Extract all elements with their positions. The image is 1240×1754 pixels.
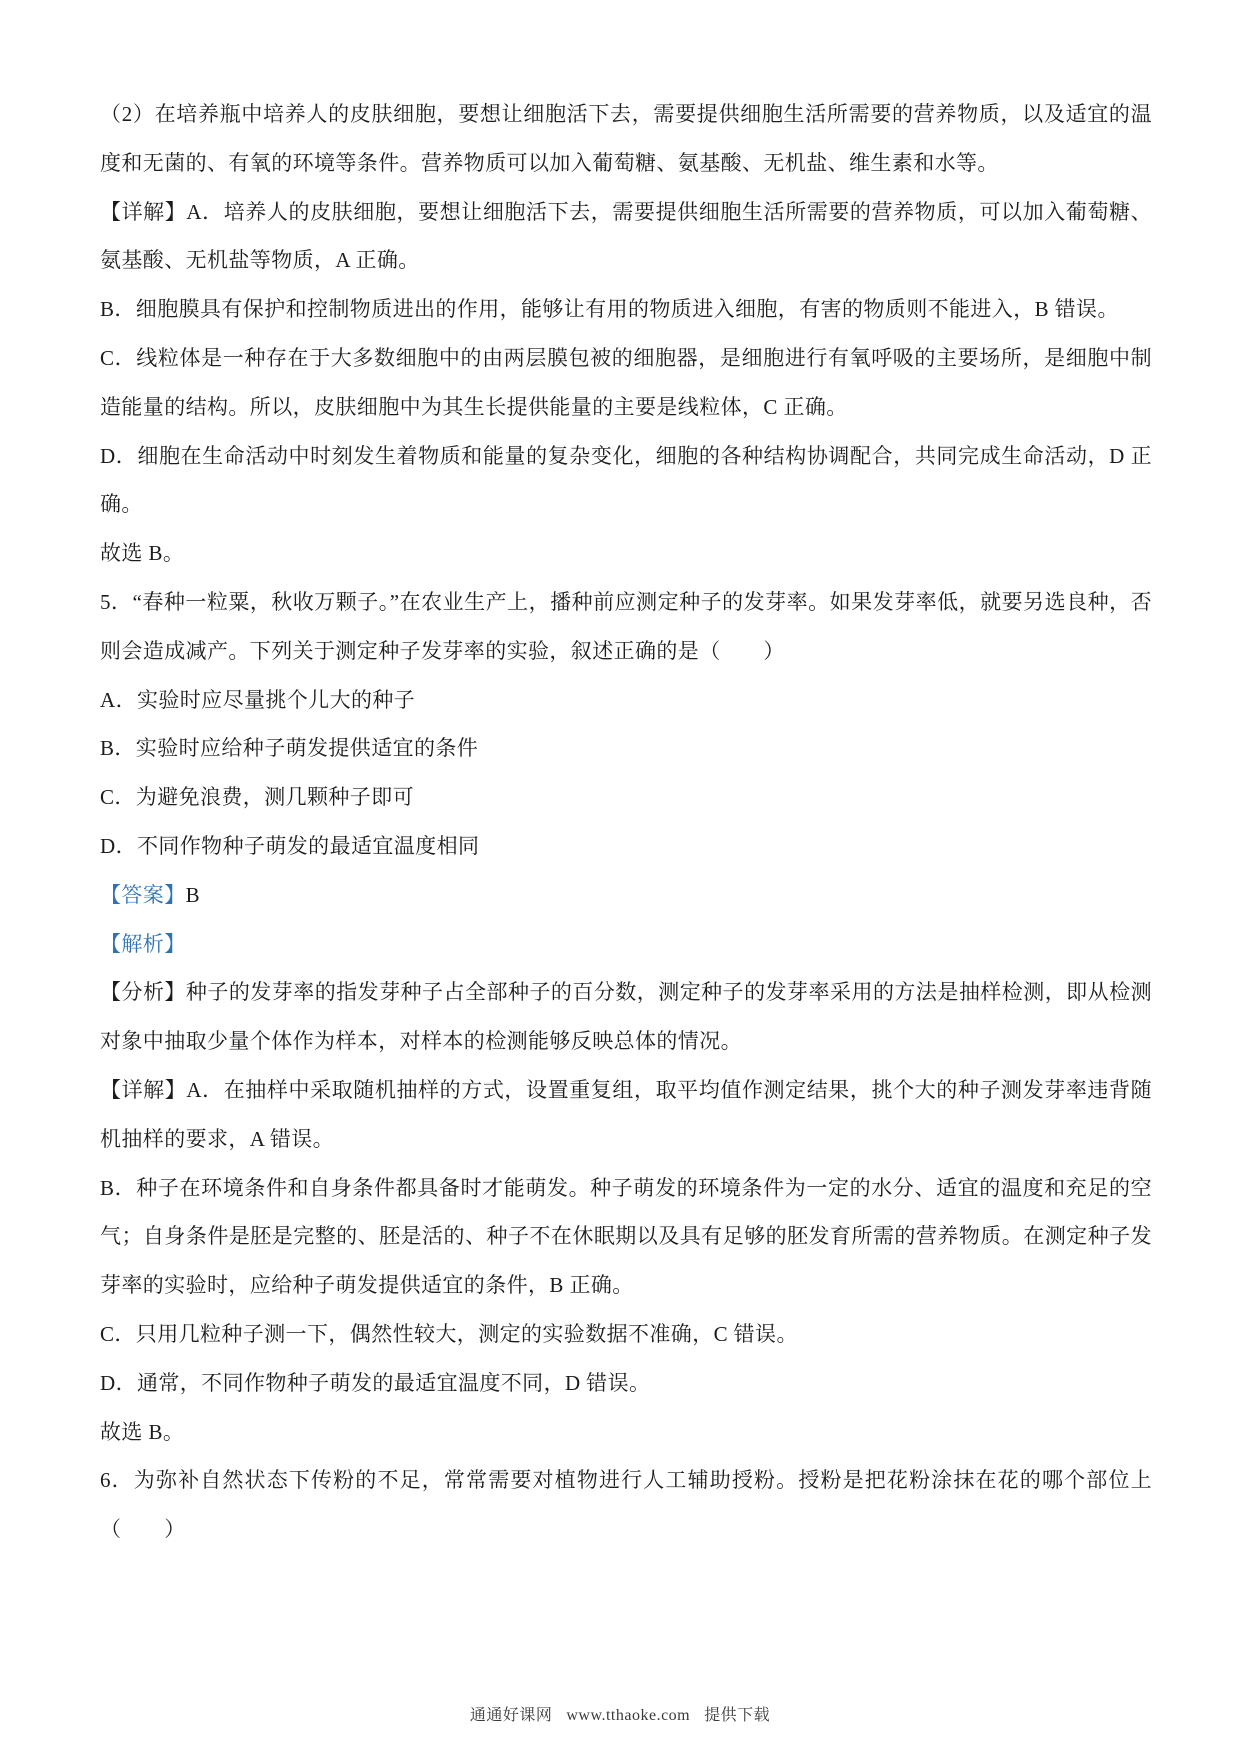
analysis-label: 【解析】	[100, 932, 186, 956]
paragraph-text: B．种子在环境条件和自身条件都具备时才能萌发。种子萌发的环境条件为一定的水分、适…	[100, 1176, 1152, 1298]
paragraph-q5-detail-c: C．只用几粒种子测一下，偶然性较大，测定的实验数据不准确，C 错误。	[100, 1310, 1152, 1359]
paragraph-q5-option-a: A．实验时应尽量挑个儿大的种子	[100, 676, 1152, 725]
paragraph-text: C．为避免浪费，测几颗种子即可	[100, 785, 414, 809]
paragraph-q5-detail-a: 【详解】A．在抽样中采取随机抽样的方式，设置重复组，取平均值作测定结果，挑个大的…	[100, 1066, 1152, 1164]
paragraph-text: 故选 B。	[100, 541, 184, 565]
paragraph-q5-detail-b: B．种子在环境条件和自身条件都具备时才能萌发。种子萌发的环境条件为一定的水分、适…	[100, 1164, 1152, 1310]
document-body: （2）在培养瓶中培养人的皮肤细胞，要想让细胞活下去，需要提供细胞生活所需要的营养…	[100, 90, 1152, 1554]
paragraph-text: 5．“春种一粒粟，秋收万颗子。”在农业生产上，播种前应测定种子的发芽率。如果发芽…	[100, 590, 1152, 663]
paragraph-q5-detail-d: D．通常，不同作物种子萌发的最适宜温度不同，D 错误。	[100, 1359, 1152, 1408]
paragraph-q5-option-c: C．为避免浪费，测几颗种子即可	[100, 773, 1152, 822]
paragraph-text: 【详解】A．培养人的皮肤细胞，要想让细胞活下去，需要提供细胞生活所需要的营养物质…	[100, 200, 1152, 273]
paragraph-q5-option-b: B．实验时应给种子萌发提供适宜的条件	[100, 724, 1152, 773]
paragraph-text: D．通常，不同作物种子萌发的最适宜温度不同，D 错误。	[100, 1371, 650, 1395]
paragraph-text: 故选 B。	[100, 1420, 184, 1444]
paragraph-text: B．实验时应给种子萌发提供适宜的条件	[100, 736, 478, 760]
paragraph-conclusion-q5: 故选 B。	[100, 1408, 1152, 1457]
paragraph-q5-answer: 【答案】B	[100, 871, 1152, 920]
paragraph-question-5: 5．“春种一粒粟，秋收万颗子。”在农业生产上，播种前应测定种子的发芽率。如果发芽…	[100, 578, 1152, 676]
paragraph-detail-q4-c: C．线粒体是一种存在于大多数细胞中的由两层膜包被的细胞器，是细胞进行有氧呼吸的主…	[100, 334, 1152, 432]
page-footer: 通通好课网www.tthaoke.com提供下载	[0, 1702, 1240, 1725]
paragraph-answer-part2: （2）在培养瓶中培养人的皮肤细胞，要想让细胞活下去，需要提供细胞生活所需要的营养…	[100, 90, 1152, 188]
document-page: { "page": { "background": "#ffffff", "te…	[0, 0, 1240, 1754]
footer-url: www.tthaoke.com	[566, 1707, 690, 1724]
paragraph-text: 【详解】A．在抽样中采取随机抽样的方式，设置重复组，取平均值作测定结果，挑个大的…	[100, 1078, 1152, 1151]
paragraph-conclusion-q4: 故选 B。	[100, 529, 1152, 578]
answer-label: 【答案】	[100, 883, 186, 907]
paragraph-text: D．不同作物种子萌发的最适宜温度相同	[100, 834, 479, 858]
paragraph-text: B．细胞膜具有保护和控制物质进出的作用，能够让有用的物质进入细胞，有害的物质则不…	[100, 297, 1119, 321]
footer-suffix: 提供下载	[704, 1707, 770, 1724]
paragraph-text: C．线粒体是一种存在于大多数细胞中的由两层膜包被的细胞器，是细胞进行有氧呼吸的主…	[100, 346, 1152, 419]
paragraph-detail-q4: 【详解】A．培养人的皮肤细胞，要想让细胞活下去，需要提供细胞生活所需要的营养物质…	[100, 188, 1152, 286]
paragraph-text: 6．为弥补自然状态下传粉的不足，常常需要对植物进行人工辅助授粉。授粉是把花粉涂抹…	[100, 1468, 1152, 1541]
paragraph-q5-analysis: 【分析】种子的发芽率的指发芽种子占全部种子的百分数，测定种子的发芽率采用的方法是…	[100, 968, 1152, 1066]
footer-site-name: 通通好课网	[470, 1707, 553, 1724]
paragraph-text: （2）在培养瓶中培养人的皮肤细胞，要想让细胞活下去，需要提供细胞生活所需要的营养…	[100, 102, 1152, 175]
paragraph-text: 【分析】种子的发芽率的指发芽种子占全部种子的百分数，测定种子的发芽率采用的方法是…	[100, 980, 1152, 1053]
paragraph-detail-q4-d: D．细胞在生命活动中时刻发生着物质和能量的复杂变化，细胞的各种结构协调配合，共同…	[100, 432, 1152, 530]
paragraph-q5-option-d: D．不同作物种子萌发的最适宜温度相同	[100, 822, 1152, 871]
paragraph-text: C．只用几粒种子测一下，偶然性较大，测定的实验数据不准确，C 错误。	[100, 1322, 798, 1346]
paragraph-question-6: 6．为弥补自然状态下传粉的不足，常常需要对植物进行人工辅助授粉。授粉是把花粉涂抹…	[100, 1456, 1152, 1554]
paragraph-q5-analysis-header: 【解析】	[100, 920, 1152, 969]
paragraph-text: D．细胞在生命活动中时刻发生着物质和能量的复杂变化，细胞的各种结构协调配合，共同…	[100, 444, 1152, 517]
paragraph-text: B	[186, 883, 200, 907]
paragraph-detail-q4-b: B．细胞膜具有保护和控制物质进出的作用，能够让有用的物质进入细胞，有害的物质则不…	[100, 285, 1152, 334]
paragraph-text: A．实验时应尽量挑个儿大的种子	[100, 688, 415, 712]
